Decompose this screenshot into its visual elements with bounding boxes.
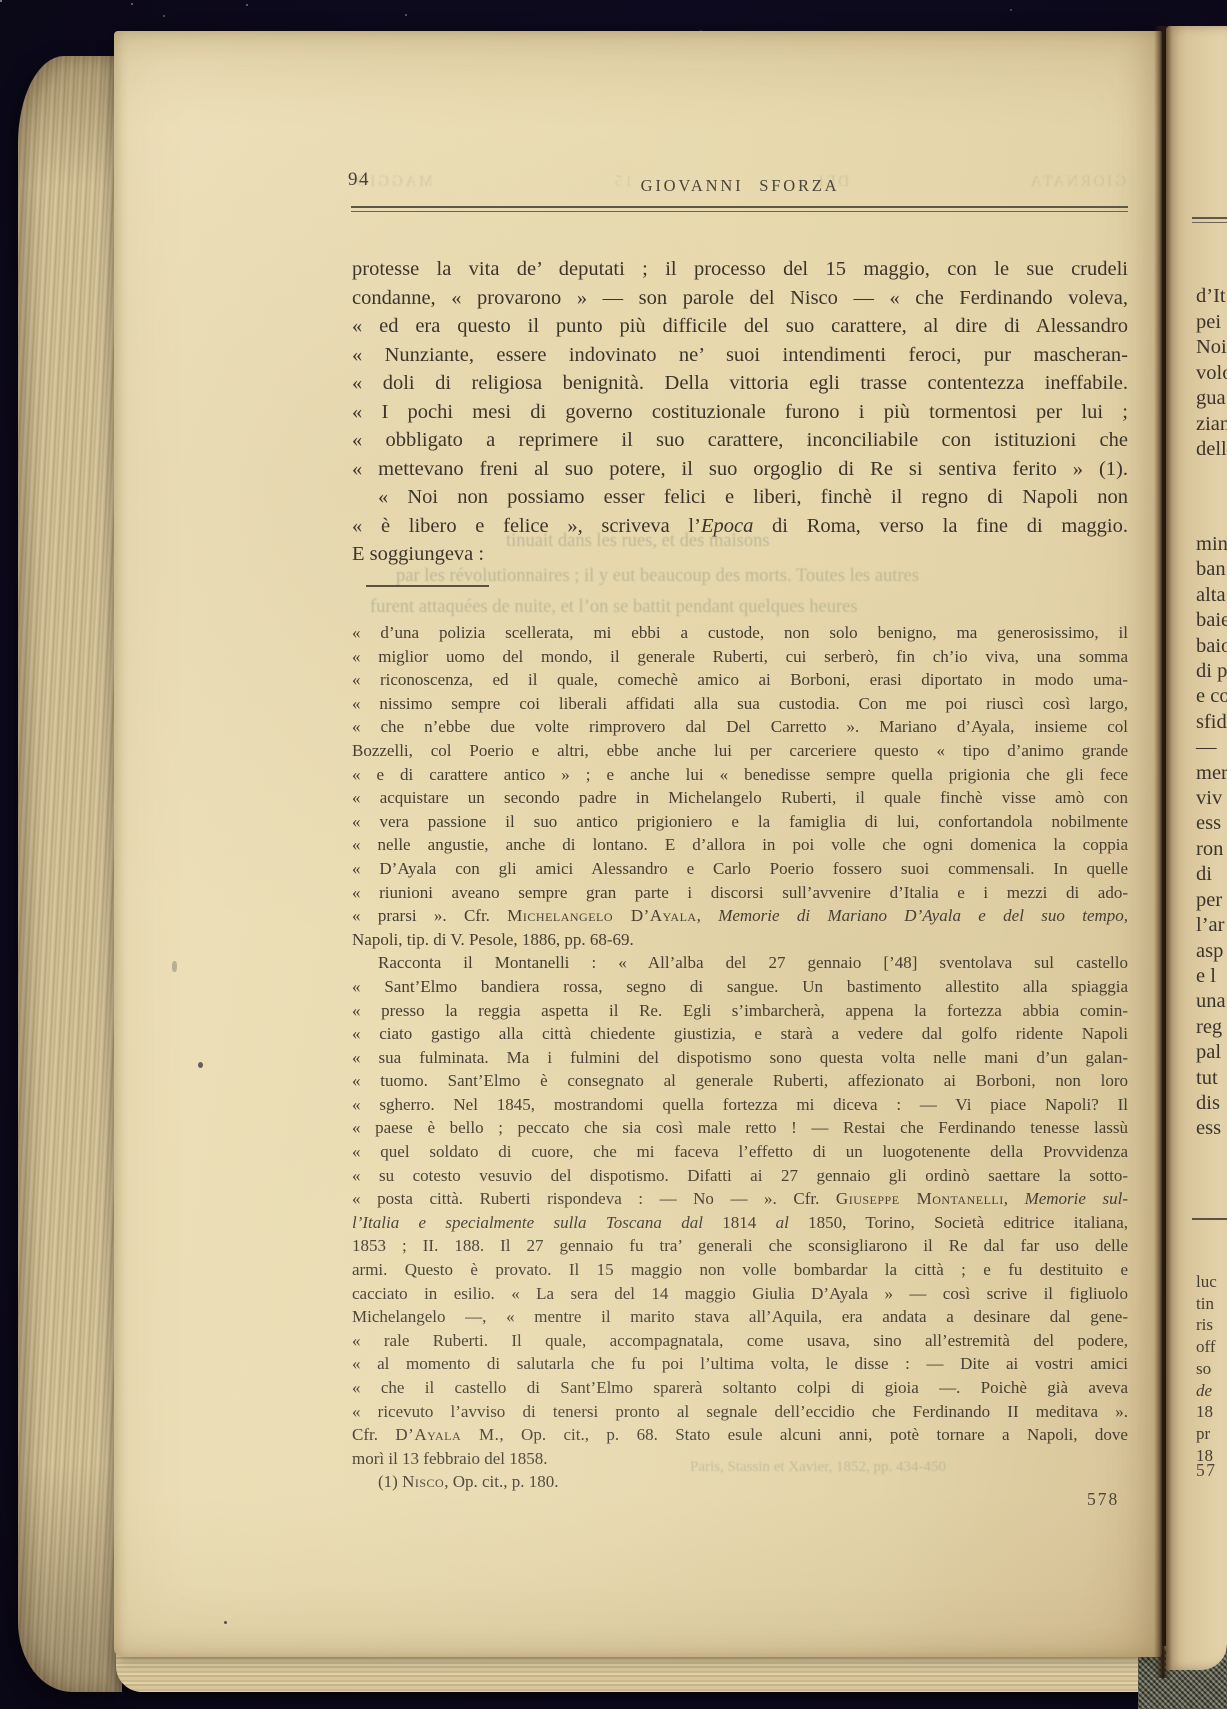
show-through-text: par les révolutionnaires ; il y eut beau…	[396, 566, 919, 587]
text-line: tin	[1196, 1293, 1217, 1315]
bottom-sequence-number: 578	[1087, 1489, 1119, 1510]
text-line: « prarsi ». Cfr. Michelangelo D’Ayala, M…	[352, 904, 1128, 928]
text-line: l’Italia e specialmente sulla Toscana da…	[352, 1211, 1128, 1235]
text-line: pr	[1196, 1423, 1217, 1445]
header-double-rule	[351, 206, 1128, 212]
text-line: « al momento di salutarla che fu poi l’u…	[352, 1352, 1128, 1376]
text-line: morì il 13 febbraio del 1858.	[352, 1447, 1128, 1471]
text-line: ess	[1196, 1116, 1227, 1141]
text-line: « riunioni aveano sempre gran parte i di…	[352, 881, 1128, 905]
ink-speck	[198, 1062, 203, 1068]
text-line: condanne, « provarono » — son parole del…	[352, 284, 1128, 313]
text-line: volo	[1196, 361, 1227, 387]
text-line: so	[1196, 1358, 1217, 1380]
text-line: « mettevano freni al suo potere, il suo …	[352, 455, 1128, 484]
text-line: Noi	[1196, 335, 1227, 361]
text-line: protesse la vita de’ deputati ; il proce…	[352, 255, 1128, 284]
text-line: min	[1196, 532, 1227, 557]
text-line: una	[1196, 989, 1227, 1014]
text-line: e l	[1196, 964, 1227, 989]
text-line: ban	[1196, 557, 1227, 582]
right-page-footnote-fragments: luctinrisoffsode18pr18	[1196, 1271, 1217, 1466]
text-line: « rale Ruberti. Il quale, accompagnatala…	[352, 1329, 1128, 1353]
text-line: « acquistare un secondo padre in Michela…	[352, 786, 1128, 810]
text-line: pal	[1196, 1040, 1227, 1065]
text-line: d’It	[1196, 284, 1227, 310]
text-line: « ricevuto l’avviso di tenersi pronto al…	[352, 1400, 1128, 1424]
text-line: « Noi non possiamo esser felici e liberi…	[352, 483, 1128, 512]
text-line: « tuomo. Sant’Elmo è consegnato al gener…	[352, 1069, 1128, 1093]
text-line: « posta città. Ruberti rispondeva : — No…	[352, 1187, 1128, 1211]
text-line: Cfr. D’Ayala M., Op. cit., p. 68. Stato …	[352, 1423, 1128, 1447]
text-line: « sgherro. Nel 1845, mostrandomi quella …	[352, 1093, 1128, 1117]
right-bottom-sequence-number: 57	[1196, 1460, 1217, 1481]
text-line: « miglior uomo del mondo, il generale Ru…	[352, 645, 1128, 669]
text-line: zian	[1196, 412, 1227, 438]
text-line: « ciato gastigo alla città chiedente giu…	[352, 1022, 1128, 1046]
text-line: ris	[1196, 1314, 1217, 1336]
text-line: Racconta il Montanelli : « All’alba del …	[352, 951, 1128, 975]
text-line: baie	[1196, 608, 1227, 633]
text-line: « doli di religiosa benignità. Della vit…	[352, 369, 1128, 398]
text-line: reg	[1196, 1015, 1227, 1040]
text-line: « quel soldato di cuore, che mi faceva l…	[352, 1140, 1128, 1164]
left-page-edge-stack	[18, 56, 122, 1692]
text-line: 1853 ; II. 188. Il 27 gennaio fu tra’ ge…	[352, 1234, 1128, 1258]
ink-speck	[224, 1621, 227, 1624]
right-page-text-fragments-middle: minbanaltabaiebaiodi pe cosfid—mervivess…	[1196, 532, 1227, 1142]
text-line: tut	[1196, 1066, 1227, 1091]
text-line: « nelle angustie, anche di lontano. E d’…	[352, 833, 1128, 857]
text-line: cacciato in esilio. « La sera del 14 mag…	[352, 1282, 1128, 1306]
text-line: baio	[1196, 634, 1227, 659]
text-line: « che n’ebbe due volte rimprovero dal De…	[352, 715, 1128, 739]
text-line: ess	[1196, 811, 1227, 836]
text-line: viv	[1196, 786, 1227, 811]
text-line: « sua fulminata. Ma i fulmini del dispot…	[352, 1046, 1128, 1070]
text-line: « su cotesto vesuvio del dispotismo. Dif…	[352, 1164, 1128, 1188]
text-line: « D’Ayala con gli amici Alessandro e Car…	[352, 857, 1128, 881]
right-footnote-separator-rule	[1192, 1218, 1227, 1220]
main-text-block: protesse la vita de’ deputati ; il proce…	[352, 255, 1128, 569]
text-line: ron	[1196, 837, 1227, 862]
text-line: dell	[1196, 437, 1227, 463]
book-gutter	[1154, 26, 1172, 1678]
text-line: sfid	[1196, 710, 1227, 735]
text-line: gua	[1196, 386, 1227, 412]
text-line: « Sant’Elmo bandiera rossa, segno di san…	[352, 975, 1128, 999]
text-line: e co	[1196, 684, 1227, 709]
text-line: di p	[1196, 659, 1227, 684]
text-line: « che il castello di Sant’Elmo sparerà s…	[352, 1376, 1128, 1400]
text-line: luc	[1196, 1271, 1217, 1293]
text-line: « paese è bello ; peccato che sia così m…	[352, 1116, 1128, 1140]
text-line: « vera passione il suo antico prigionier…	[352, 810, 1128, 834]
text-line: Michelangelo —, « mentre il marito stava…	[352, 1305, 1128, 1329]
text-line: pei	[1196, 310, 1227, 336]
text-line: « e di carattere antico » ; e anche lui …	[352, 763, 1128, 787]
show-through-text: furent attaquées de nuite, et l’on se ba…	[370, 597, 858, 618]
text-line: —	[1196, 735, 1227, 760]
text-line: 18	[1196, 1401, 1217, 1423]
text-line: off	[1196, 1336, 1217, 1358]
footnote-block: « d’una polizia scellerata, mi ebbi a cu…	[352, 621, 1128, 1494]
text-line: « presso la reggia aspetta il Re. Egli s…	[352, 999, 1128, 1023]
text-line: Napoli, tip. di V. Pesole, 1886, pp. 68-…	[352, 928, 1128, 952]
text-line: « ed era questo il punto più difficile d…	[352, 312, 1128, 341]
text-line: « è libero e felice », scriveva l’Epoca …	[352, 512, 1128, 541]
text-line: l’ar	[1196, 913, 1227, 938]
text-line: « I pochi mesi di governo costituzionale…	[352, 398, 1128, 427]
text-line: « Nunziante, essere indovinato ne’ suoi …	[352, 341, 1128, 370]
text-line: asp	[1196, 939, 1227, 964]
right-header-double-rule	[1192, 217, 1227, 223]
text-line: « obbligato a reprimere il suo carattere…	[352, 426, 1128, 455]
right-page-sliver: d’ItpeiNoivologuaziandell minbanaltabaie…	[1166, 26, 1227, 1670]
text-line: « nissimo sempre coi liberali affidati a…	[352, 692, 1128, 716]
text-line: de	[1196, 1380, 1217, 1402]
dust-specks	[0, 0, 2, 2]
open-book-photo: { "book": { "left_page": { "page_number"…	[0, 0, 1227, 1709]
text-line: di	[1196, 862, 1227, 887]
text-line: « riconoscenza, ed il quale, comechè ami…	[352, 668, 1128, 692]
right-page-text-fragments-top: d’ItpeiNoivologuaziandell	[1196, 284, 1227, 463]
text-line: Bozzelli, col Poerio e altri, ebbe anche…	[352, 739, 1128, 763]
text-line: mer	[1196, 761, 1227, 786]
left-page: GIORNATA DEL 15 MAGGIO tinuait dans les …	[114, 31, 1162, 1657]
text-line: armi. Questo è provato. Il 15 maggio non…	[352, 1258, 1128, 1282]
text-line: « d’una polizia scellerata, mi ebbi a cu…	[352, 621, 1128, 645]
text-line: E soggiungeva :	[352, 540, 1128, 569]
text-line: per	[1196, 888, 1227, 913]
running-header: GIOVANNI SFORZA	[352, 176, 1128, 196]
smudge-mark	[172, 961, 177, 972]
text-line: (1) Nisco, Op. cit., p. 180.	[352, 1470, 1128, 1494]
footnote-separator-rule	[366, 585, 489, 587]
text-line: alta	[1196, 583, 1227, 608]
text-line: dis	[1196, 1091, 1227, 1116]
